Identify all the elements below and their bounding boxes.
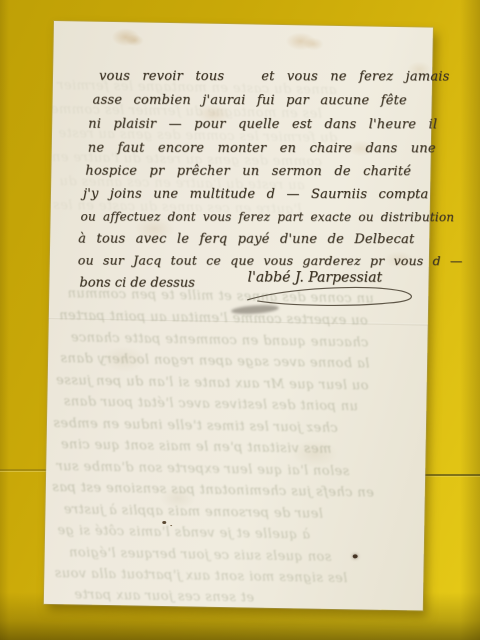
letter-paper: annes du caste en montagne les fermierle… [44, 21, 433, 611]
closing-words: bons ci de dessus [79, 276, 194, 290]
handwriting-line: asse combien j'aurai fui par aucune fête [93, 94, 407, 109]
handwriting-line: ou sur Jacq tout ce que vous garderez pr… [78, 253, 463, 267]
handwriting-line: j'y joins une multitude d — Saurniis com… [83, 188, 429, 203]
handwriting-line: ou affectuez dont vous ferez part exacte… [81, 210, 455, 224]
handwriting-line: ne faut encore monter en chaire dans une [88, 142, 436, 157]
photo-of-letter: annes du caste en montagne les fermierle… [0, 0, 480, 640]
handwriting-line: ni plaisir — pour quelle est dans l'heur… [88, 118, 437, 133]
background-right-shade [460, 0, 480, 640]
handwriting-lines: vous revoir tous et vous ne ferez jamais… [44, 21, 433, 611]
background-crease-right [420, 474, 480, 476]
ink-speck [162, 521, 166, 524]
handwriting-line: vous revoir tous et vous ne ferez jamais [99, 70, 450, 85]
ink-hole [353, 554, 358, 558]
handwriting-line: hospice pr prêcher un sermon de charité [85, 165, 411, 180]
handwriting-line: à tous avec le ferq payé d'une de Delbec… [78, 232, 414, 247]
background-left-shade [0, 0, 9, 640]
